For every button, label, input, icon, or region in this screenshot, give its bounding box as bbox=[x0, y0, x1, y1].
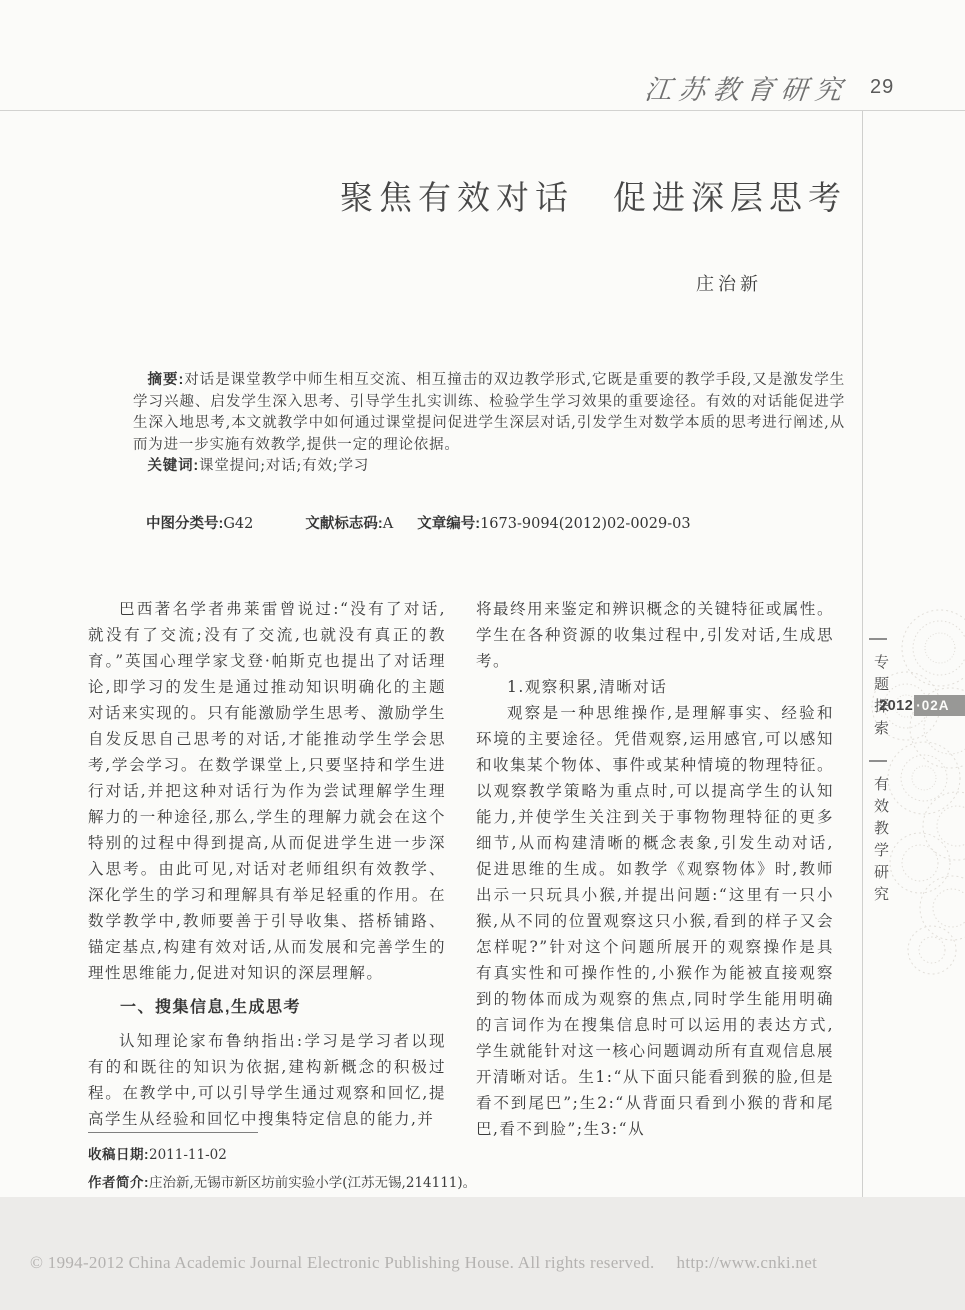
right-paragraph-continuation: 将最终用来鉴定和辨识概念的关键特征或属性。学生在各种资源的收集过程中,引发对话,… bbox=[476, 596, 834, 674]
abstract-label: 摘要: bbox=[148, 372, 185, 388]
footer-band: © 1994-2012 China Academic Journal Elect… bbox=[0, 1197, 965, 1310]
received-date-value: 2011-11-02 bbox=[149, 1147, 227, 1163]
page-number: 29 bbox=[870, 76, 894, 99]
doc-code-item: 文献标志码:A bbox=[305, 516, 393, 532]
left-paragraph-1: 巴西著名学者弗莱雷曾说过:“没有了对话,就没有了交流;没有了交流,也就没有真正的… bbox=[88, 596, 446, 986]
author-bio-value: 庄治新,无锡市新区坊前实验小学(江苏无锡,214111)。 bbox=[149, 1175, 476, 1191]
article-no-value: 1673-9094(2012)02-0029-03 bbox=[480, 516, 691, 532]
footnote-block: 收稿日期:2011-11-02 作者简介:庄治新,无锡市新区坊前实验小学(江苏无… bbox=[88, 1132, 608, 1197]
author-bio-label: 作者简介: bbox=[88, 1175, 149, 1190]
sidebar-section-bottom: 有效教学研究 bbox=[868, 776, 892, 908]
right-sidebar: 专题探索 有效教学研究 2012 ·02A bbox=[862, 110, 965, 1197]
issue-number: ·02A bbox=[914, 695, 965, 716]
doc-code-value: A bbox=[383, 516, 393, 532]
issue-year: 2012 bbox=[879, 698, 913, 714]
keywords-label: 关键词: bbox=[148, 458, 200, 474]
right-column: 将最终用来鉴定和辨识概念的关键特征或属性。学生在各种资源的收集过程中,引发对话,… bbox=[476, 596, 834, 1142]
doc-code-label: 文献标志码: bbox=[305, 516, 382, 532]
article-author: 庄治新 bbox=[696, 270, 762, 296]
abstract-text: 对话是课堂教学中师生相互交流、相互撞击的双边教学形式,它既是重要的教学手段,又是… bbox=[133, 372, 845, 453]
abstract-block: 摘要:对话是课堂教学中师生相互交流、相互撞击的双边教学形式,它既是重要的教学手段… bbox=[133, 370, 845, 478]
abstract-paragraph: 摘要:对话是课堂教学中师生相互交流、相互撞击的双边教学形式,它既是重要的教学手段… bbox=[133, 370, 845, 456]
article-main: 聚焦有效对话 促进深层思考 庄治新 摘要:对话是课堂教学中师生相互交流、相互撞击… bbox=[88, 110, 845, 1197]
article-no-label: 文章编号: bbox=[417, 516, 480, 532]
article-no-item: 文章编号:1673-9094(2012)02-0029-03 bbox=[417, 516, 690, 532]
keywords-line: 关键词:课堂提问;对话;有效;学习 bbox=[133, 456, 845, 478]
classification-line: 中图分类号:G42文献标志码:A文章编号:1673-9094(2012)02-0… bbox=[146, 512, 846, 533]
right-paragraph-2: 观察是一种思维操作,是理解事实、经验和环境的主要途径。凭借观察,运用感官,可以感… bbox=[476, 700, 834, 1142]
footnote-divider-line bbox=[88, 1132, 258, 1133]
author-bio-line: 作者简介:庄治新,无锡市新区坊前实验小学(江苏无锡,214111)。 bbox=[88, 1169, 608, 1197]
sidebar-dash-top bbox=[869, 638, 887, 640]
left-paragraph-2: 认知理论家布鲁纳指出:学习是学习者以现有的和既往的知识为依据,建构新概念的积极过… bbox=[88, 1028, 446, 1132]
received-date-line: 收稿日期:2011-11-02 bbox=[88, 1141, 608, 1169]
subsection-heading-1: 1.观察积累,清晰对话 bbox=[476, 674, 834, 700]
clc-label: 中图分类号: bbox=[146, 516, 223, 532]
clc-item: 中图分类号:G42 bbox=[146, 516, 253, 532]
received-date-label: 收稿日期: bbox=[88, 1147, 149, 1162]
keywords-text: 课堂提问;对话;有效;学习 bbox=[199, 458, 369, 474]
copyright-line: © 1994-2012 China Academic Journal Elect… bbox=[30, 1253, 817, 1273]
journal-page: 江苏教育研究 29 聚焦有效对话 促进深层思考 庄治新 摘要:对话是课堂教学中师… bbox=[0, 0, 965, 1310]
journal-name-calligraphy: 江苏教育研究 bbox=[643, 68, 847, 107]
issue-badge: 2012 ·02A bbox=[879, 695, 965, 716]
section-heading-1: 一、搜集信息,生成思考 bbox=[88, 995, 446, 1021]
article-title: 聚焦有效对话 促进深层思考 bbox=[340, 172, 847, 219]
cnki-url: http://www.cnki.net bbox=[677, 1253, 818, 1272]
sidebar-dash-middle bbox=[869, 760, 887, 762]
copyright-text: © 1994-2012 China Academic Journal Elect… bbox=[30, 1253, 655, 1272]
left-column: 巴西著名学者弗莱雷曾说过:“没有了对话,就没有了交流;没有了交流,也就没有真正的… bbox=[88, 596, 446, 1132]
clc-value: G42 bbox=[223, 516, 253, 532]
